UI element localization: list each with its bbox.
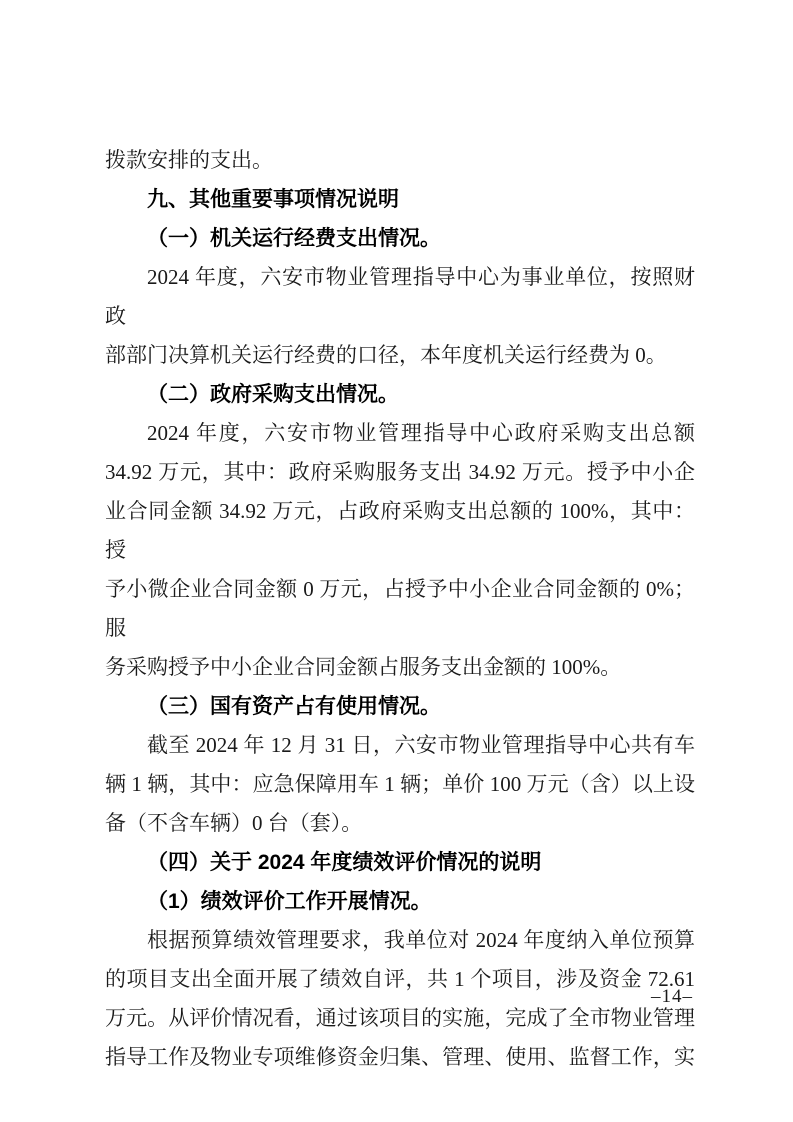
text-line: 辆 1 辆，其中：应急保障用车 1 辆；单价 100 万元（含）以上设 [105, 765, 695, 804]
heading-line: （二）政府采购支出情况。 [105, 375, 695, 414]
text-line: 予小微企业合同金额 0 万元，占授予中小企业合同金额的 0%；服 [105, 570, 695, 648]
text-line: 截至 2024 年 12 月 31 日，六安市物业管理指导中心共有车 [105, 726, 695, 765]
text-line: 备（不含车辆）0 台（套）。 [105, 804, 695, 843]
text-line: 务采购授予中小企业合同金额占服务支出金额的 100%。 [105, 648, 695, 687]
heading-line: （1）绩效评价工作开展情况。 [105, 882, 695, 921]
text-line: 2024 年度，六安市物业管理指导中心为事业单位，按照财政 [105, 258, 695, 336]
heading-line: （四）关于 2024 年度绩效评价情况的说明 [105, 843, 695, 882]
heading-line: （三）国有资产占有使用情况。 [105, 687, 695, 726]
text-line: 万元。从评价情况看，通过该项目的实施，完成了全市物业管理 [105, 999, 695, 1038]
heading-line: 九、其他重要事项情况说明 [105, 180, 695, 219]
text-line: 拨款安排的支出。 [105, 141, 695, 180]
text-line: 的项目支出全面开展了绩效自评，共 1 个项目，涉及资金 72.61 [105, 960, 695, 999]
text-line: 指导工作及物业专项维修资金归集、管理、使用、监督工作，实 [105, 1038, 695, 1077]
document-page: 拨款安排的支出。九、其他重要事项情况说明（一）机关运行经费支出情况。2024 年… [0, 0, 793, 1122]
document-body: 拨款安排的支出。九、其他重要事项情况说明（一）机关运行经费支出情况。2024 年… [105, 141, 695, 1077]
text-line: 部部门决算机关运行经费的口径，本年度机关运行经费为 0。 [105, 336, 695, 375]
text-line: 业合同金额 34.92 万元，占政府采购支出总额的 100%，其中：授 [105, 492, 695, 570]
text-line: 2024 年度，六安市物业管理指导中心政府采购支出总额 [105, 414, 695, 453]
text-line: 34.92 万元，其中：政府采购服务支出 34.92 万元。授予中小企 [105, 453, 695, 492]
heading-line: （一）机关运行经费支出情况。 [105, 219, 695, 258]
page-number: –14– [651, 986, 693, 1008]
text-line: 根据预算绩效管理要求，我单位对 2024 年度纳入单位预算 [105, 921, 695, 960]
